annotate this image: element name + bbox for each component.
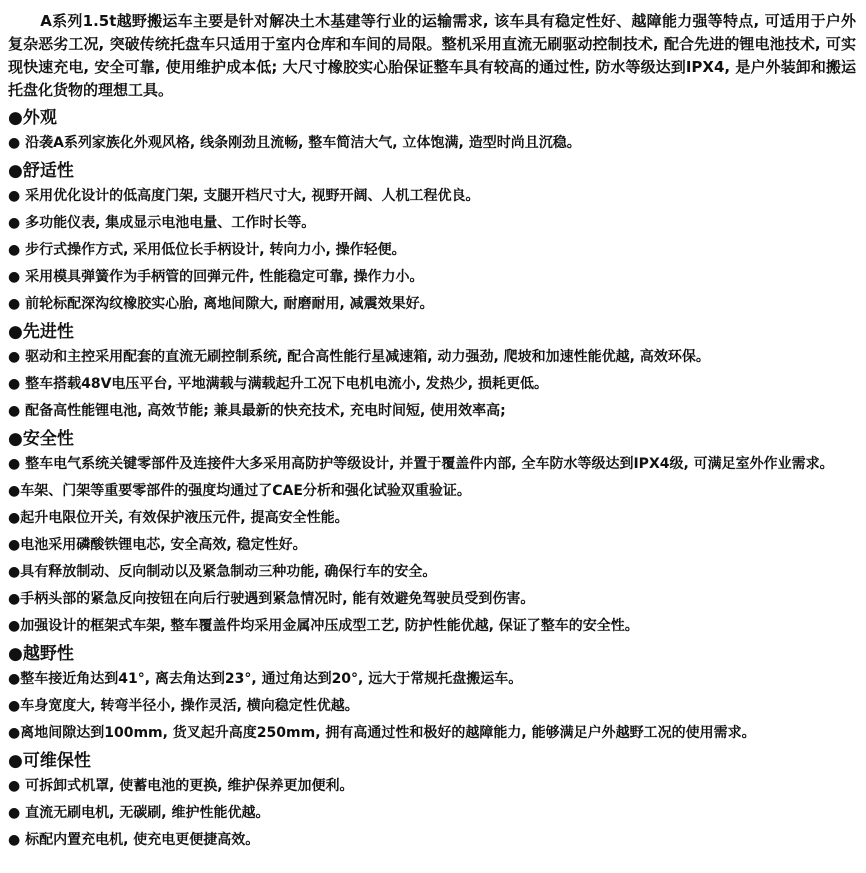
feature-item-text: 整车电气系统关键零部件及连接件大多采用高防护等级设计, 并置于覆盖件内部, 全车… [20, 456, 833, 472]
feature-item-text: 直流无刷电机, 无碳刷, 维护性能优越。 [20, 805, 269, 821]
bullet-icon: ● [8, 537, 20, 553]
bullet-icon: ● [8, 242, 20, 258]
bullet-icon: ● [8, 510, 20, 526]
feature-item-text: 配备高性能锂电池, 高效节能; 兼具最新的快充技术, 充电时间短, 使用效率高; [20, 403, 506, 419]
bullet-icon: ● [8, 376, 20, 392]
feature-item-text: 前轮标配深沟纹橡胶实心胎, 离地间隙大, 耐磨耐用, 减震效果好。 [20, 296, 433, 312]
bullet-icon: ● [8, 296, 20, 312]
feature-item: ●手柄头部的紧急反向按钮在向后行驶遇到紧急情况时, 能有效避免驾驶员受到伤害。 [8, 590, 856, 609]
bullet-icon: ● [8, 349, 20, 365]
section-title: ●舒适性 [8, 161, 856, 181]
bullet-icon: ● [8, 135, 20, 151]
feature-item: ● 标配内置充电机, 使充电更便捷高效。 [8, 831, 856, 850]
section-title: ●安全性 [8, 429, 856, 449]
section-title: ●越野性 [8, 644, 856, 664]
section-advancement: ●先进性 ● 驱动和主控采用配套的直流无刷控制系统, 配合高性能行星减速箱, 动… [8, 322, 856, 421]
feature-item-text: 可拆卸式机罩, 使蓄电池的更换, 维护保养更加便利。 [20, 778, 353, 794]
feature-item-text: 起升电限位开关, 有效保护液压元件, 提高安全性能。 [20, 510, 348, 526]
section-title-text: 越野性 [23, 644, 74, 664]
section-title: ●可维保性 [8, 751, 856, 771]
section-maintainability: ●可维保性 ● 可拆卸式机罩, 使蓄电池的更换, 维护保养更加便利。 ● 直流无… [8, 751, 856, 850]
feature-item-text: 步行式操作方式, 采用低位长手柄设计, 转向力小, 操作轻便。 [20, 242, 405, 258]
feature-item: ● 直流无刷电机, 无碳刷, 维护性能优越。 [8, 804, 856, 823]
feature-item-text: 标配内置充电机, 使充电更便捷高效。 [20, 832, 259, 848]
feature-item-text: 整车接近角达到41°, 离去角达到23°, 通过角达到20°, 远大于常规托盘搬… [20, 671, 522, 687]
feature-item-text: 整车搭载48V电压平台, 平地满载与满载起升工况下电机电流小, 发热少, 损耗更… [20, 376, 548, 392]
bullet-icon: ● [8, 564, 20, 580]
feature-item: ●加强设计的框架式车架, 整车覆盖件均采用金属冲压成型工艺, 防护性能优越, 保… [8, 617, 856, 636]
bullet-icon: ● [8, 215, 20, 231]
bullet-icon: ● [8, 269, 20, 285]
bullet-icon: ● [8, 322, 23, 342]
feature-item: ●电池采用磷酸铁锂电芯, 安全高效, 稳定性好。 [8, 536, 856, 555]
feature-item-text: 手柄头部的紧急反向按钮在向后行驶遇到紧急情况时, 能有效避免驾驶员受到伤害。 [20, 591, 534, 607]
feature-item-text: 车身宽度大, 转弯半径小, 操作灵活, 横向稳定性优越。 [20, 698, 359, 714]
feature-item: ● 多功能仪表, 集成显示电池电量、工作时长等。 [8, 214, 856, 233]
feature-item-text: 加强设计的框架式车架, 整车覆盖件均采用金属冲压成型工艺, 防护性能优越, 保证… [20, 618, 639, 634]
bullet-icon: ● [8, 671, 20, 687]
section-comfort: ●舒适性 ● 采用优化设计的低高度门架, 支腿开档尺寸大, 视野开阔、人机工程优… [8, 161, 856, 314]
feature-item-text: 采用优化设计的低高度门架, 支腿开档尺寸大, 视野开阔、人机工程优良。 [20, 188, 479, 204]
feature-item: ●离地间隙达到100mm, 货叉起升高度250mm, 拥有高通过性和极好的越障能… [8, 724, 856, 743]
feature-item: ● 采用模具弹簧作为手柄管的回弹元件, 性能稳定可靠, 操作力小。 [8, 268, 856, 287]
feature-item: ● 采用优化设计的低高度门架, 支腿开档尺寸大, 视野开阔、人机工程优良。 [8, 187, 856, 206]
section-appearance: ●外观 ● 沿袭A系列家族化外观风格, 线条刚劲且流畅, 整车简洁大气, 立体饱… [8, 108, 856, 153]
feature-item: ● 整车搭载48V电压平台, 平地满载与满载起升工况下电机电流小, 发热少, 损… [8, 375, 856, 394]
bullet-icon: ● [8, 725, 20, 741]
feature-item: ●车身宽度大, 转弯半径小, 操作灵活, 横向稳定性优越。 [8, 697, 856, 716]
feature-item: ● 驱动和主控采用配套的直流无刷控制系统, 配合高性能行星减速箱, 动力强劲, … [8, 348, 856, 367]
feature-item: ● 整车电气系统关键零部件及连接件大多采用高防护等级设计, 并置于覆盖件内部, … [8, 455, 856, 474]
bullet-icon: ● [8, 108, 23, 128]
feature-item: ● 配备高性能锂电池, 高效节能; 兼具最新的快充技术, 充电时间短, 使用效率… [8, 402, 856, 421]
feature-item: ● 沿袭A系列家族化外观风格, 线条刚劲且流畅, 整车简洁大气, 立体饱满, 造… [8, 134, 856, 153]
bullet-icon: ● [8, 698, 20, 714]
bullet-icon: ● [8, 778, 20, 794]
feature-item-text: 具有释放制动、反向制动以及紧急制动三种功能, 确保行车的安全。 [20, 564, 436, 580]
feature-item: ●整车接近角达到41°, 离去角达到23°, 通过角达到20°, 远大于常规托盘… [8, 670, 856, 689]
feature-item-text: 电池采用磷酸铁锂电芯, 安全高效, 稳定性好。 [20, 537, 306, 553]
feature-item: ●起升电限位开关, 有效保护液压元件, 提高安全性能。 [8, 509, 856, 528]
bullet-icon: ● [8, 618, 20, 634]
intro-paragraph: A系列1.5t越野搬运车主要是针对解决土木基建等行业的运输需求, 该车具有稳定性… [8, 10, 856, 102]
feature-item-text: 驱动和主控采用配套的直流无刷控制系统, 配合高性能行星减速箱, 动力强劲, 爬坡… [20, 349, 710, 365]
section-offroad-capability: ●越野性 ●整车接近角达到41°, 离去角达到23°, 通过角达到20°, 远大… [8, 644, 856, 743]
section-title-text: 安全性 [23, 429, 74, 449]
section-safety: ●安全性 ● 整车电气系统关键零部件及连接件大多采用高防护等级设计, 并置于覆盖… [8, 429, 856, 636]
bullet-icon: ● [8, 456, 20, 472]
feature-item: ● 前轮标配深沟纹橡胶实心胎, 离地间隙大, 耐磨耐用, 减震效果好。 [8, 295, 856, 314]
bullet-icon: ● [8, 188, 20, 204]
bullet-icon: ● [8, 403, 20, 419]
feature-item: ● 步行式操作方式, 采用低位长手柄设计, 转向力小, 操作轻便。 [8, 241, 856, 260]
section-title: ●外观 [8, 108, 856, 128]
section-title: ●先进性 [8, 322, 856, 342]
section-title-text: 外观 [23, 108, 57, 128]
feature-item: ●车架、门架等重要零部件的强度均通过了CAE分析和强化试验双重验证。 [8, 482, 856, 501]
feature-item-text: 车架、门架等重要零部件的强度均通过了CAE分析和强化试验双重验证。 [20, 483, 471, 499]
bullet-icon: ● [8, 751, 23, 771]
feature-item-text: 多功能仪表, 集成显示电池电量、工作时长等。 [20, 215, 315, 231]
feature-item-text: 采用模具弹簧作为手柄管的回弹元件, 性能稳定可靠, 操作力小。 [20, 269, 423, 285]
section-title-text: 可维保性 [23, 751, 91, 771]
section-title-text: 舒适性 [23, 161, 74, 181]
bullet-icon: ● [8, 483, 20, 499]
feature-item: ●具有释放制动、反向制动以及紧急制动三种功能, 确保行车的安全。 [8, 563, 856, 582]
product-description-document: A系列1.5t越野搬运车主要是针对解决土木基建等行业的运输需求, 该车具有稳定性… [0, 0, 866, 873]
bullet-icon: ● [8, 644, 23, 664]
bullet-icon: ● [8, 591, 20, 607]
feature-item-text: 沿袭A系列家族化外观风格, 线条刚劲且流畅, 整车简洁大气, 立体饱满, 造型时… [20, 135, 580, 151]
bullet-icon: ● [8, 805, 20, 821]
section-title-text: 先进性 [23, 322, 74, 342]
bullet-icon: ● [8, 429, 23, 449]
bullet-icon: ● [8, 832, 20, 848]
feature-item: ● 可拆卸式机罩, 使蓄电池的更换, 维护保养更加便利。 [8, 777, 856, 796]
feature-item-text: 离地间隙达到100mm, 货叉起升高度250mm, 拥有高通过性和极好的越障能力… [20, 725, 755, 741]
bullet-icon: ● [8, 161, 23, 181]
